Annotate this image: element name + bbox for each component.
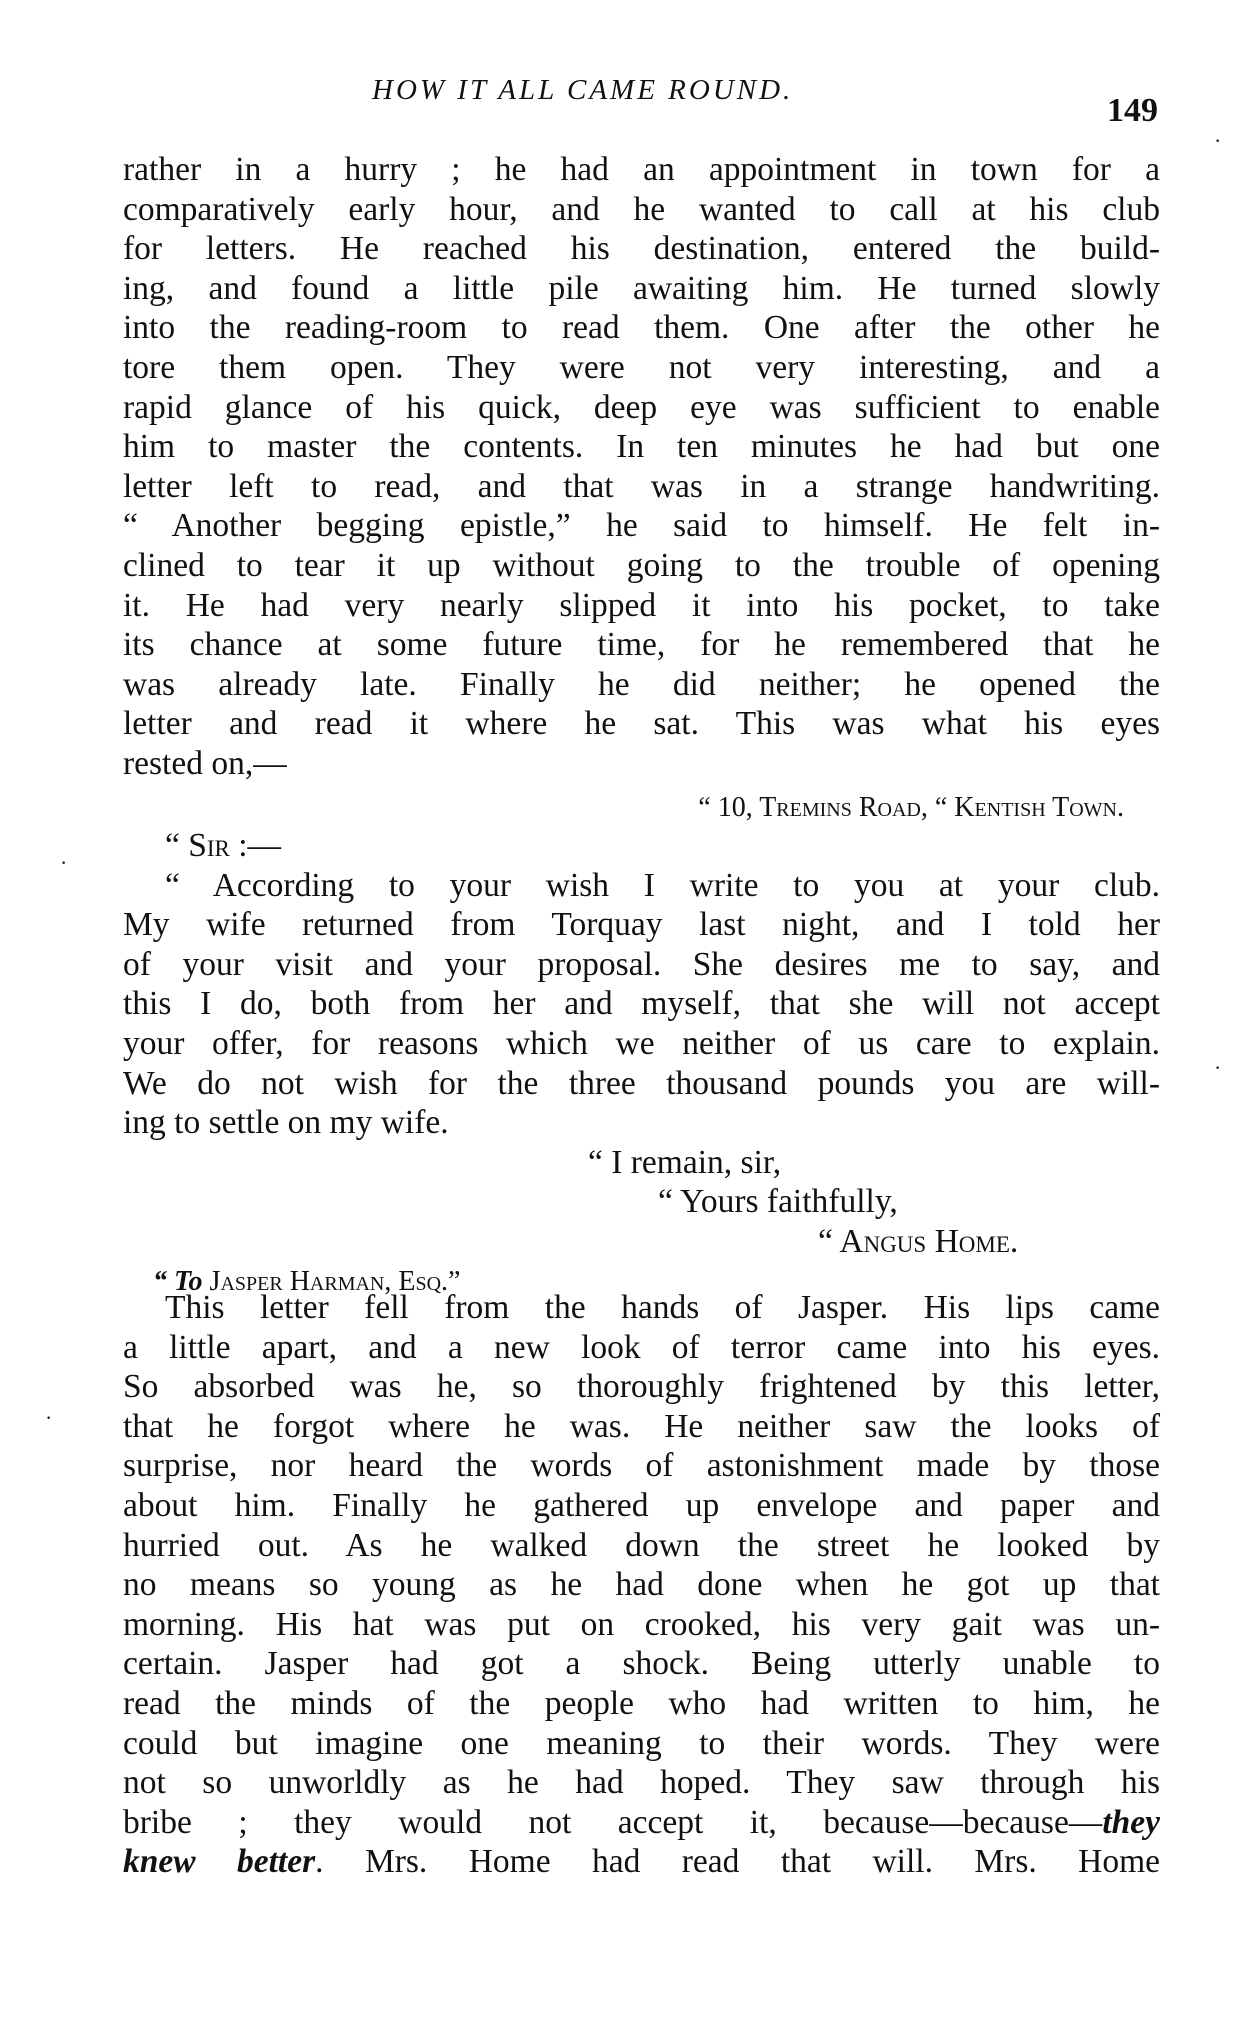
text-line: comparatively early hour, and he wanted … xyxy=(123,190,1160,230)
line-text: bribe ; they would not accept it, becaus… xyxy=(123,1804,1102,1841)
letter-line: My wife returned from Torquay last night… xyxy=(123,905,1160,945)
letter-closing: “ Yours faithfully, xyxy=(123,1182,1160,1222)
text-line: clined to tear it up without going to th… xyxy=(123,546,1160,586)
text-line: “ Another begging epistle,” he said to h… xyxy=(123,506,1160,546)
text-line: ing, and found a little pile awaiting hi… xyxy=(123,269,1160,309)
letter-line: your offer, for reasons which we neither… xyxy=(123,1024,1160,1064)
text-line: could but imagine one meaning to their w… xyxy=(123,1724,1160,1764)
text-line: no means so young as he had done when he… xyxy=(123,1565,1160,1605)
letter-line: We do not wish for the three thousand po… xyxy=(123,1064,1160,1104)
text-line: that he forgot where he was. He neither … xyxy=(123,1407,1160,1447)
paragraph-closing: This letter fell from the hands of Jaspe… xyxy=(123,1288,1160,1882)
letter-line: “ According to your wish I write to you … xyxy=(123,866,1160,906)
text-line: read the minds of the people who had wri… xyxy=(123,1684,1160,1724)
text-line: for letters. He reached his destination,… xyxy=(123,229,1160,269)
text-line: a little apart, and a new look of terror… xyxy=(123,1328,1160,1368)
text-line: certain. Jasper had got a shock. Being u… xyxy=(123,1644,1160,1684)
text-line: into the reading-room to read them. One … xyxy=(123,308,1160,348)
letter: “ 10, Tremins Road, “ Kentish Town. “ Si… xyxy=(123,790,1160,1301)
book-page: How it all came round. 149 · · · · rathe… xyxy=(0,0,1238,2029)
letter-line: this I do, both from her and myself, tha… xyxy=(123,984,1160,1024)
running-title: How it all came round. xyxy=(372,74,932,107)
text-line: rapid glance of his quick, deep eye was … xyxy=(123,388,1160,428)
text-line: rested on,— xyxy=(123,744,1160,784)
letter-closing: “ I remain, sir, xyxy=(123,1143,1160,1183)
paragraph-opening: rather in a hurry ; he had an appointmen… xyxy=(123,150,1160,784)
scan-speck: · xyxy=(1214,128,1221,154)
text-line: morning. His hat was put on crooked, his… xyxy=(123,1605,1160,1645)
text-line: knew better. Mrs. Home had read that wil… xyxy=(123,1842,1160,1882)
text-line: letter and read it where he sat. This wa… xyxy=(123,704,1160,744)
emphasis-text: they xyxy=(1102,1804,1160,1841)
text-line: it. He had very nearly slipped it into h… xyxy=(123,586,1160,626)
text-line: bribe ; they would not accept it, becaus… xyxy=(123,1803,1160,1843)
letter-signature: “ Angus Home. xyxy=(123,1222,1160,1262)
text-line: was already late. Finally he did neither… xyxy=(123,665,1160,705)
text-line: its chance at some future time, for he r… xyxy=(123,625,1160,665)
letter-line: ing to settle on my wife. xyxy=(123,1103,1160,1143)
text-line: letter left to read, and that was in a s… xyxy=(123,467,1160,507)
text-line: This letter fell from the hands of Jaspe… xyxy=(123,1288,1160,1328)
letter-salutation: “ Sir :— xyxy=(123,826,1160,866)
text-line: about him. Finally he gathered up envelo… xyxy=(123,1486,1160,1526)
text-line: not so unworldly as he had hoped. They s… xyxy=(123,1763,1160,1803)
letter-address: “ 10, Tremins Road, “ Kentish Town. xyxy=(123,790,1160,826)
text-line: tore them open. They were not very inter… xyxy=(123,348,1160,388)
text-line: hurried out. As he walked down the stree… xyxy=(123,1526,1160,1566)
text-line: rather in a hurry ; he had an appointmen… xyxy=(123,150,1160,190)
scan-speck: · xyxy=(45,1405,52,1431)
text-line: him to master the contents. In ten minut… xyxy=(123,427,1160,467)
scan-speck: · xyxy=(1214,1055,1221,1081)
line-text: . Mrs. Home had read that will. Mrs. Hom… xyxy=(315,1843,1160,1880)
letter-line: of your visit and your proposal. She des… xyxy=(123,945,1160,985)
text-line: surprise, nor heard the words of astonis… xyxy=(123,1446,1160,1486)
scan-speck: · xyxy=(60,850,67,876)
page-number: 149 xyxy=(1107,92,1158,130)
text-line: So absorbed was he, so thoroughly fright… xyxy=(123,1367,1160,1407)
emphasis-text: knew better xyxy=(123,1843,315,1880)
